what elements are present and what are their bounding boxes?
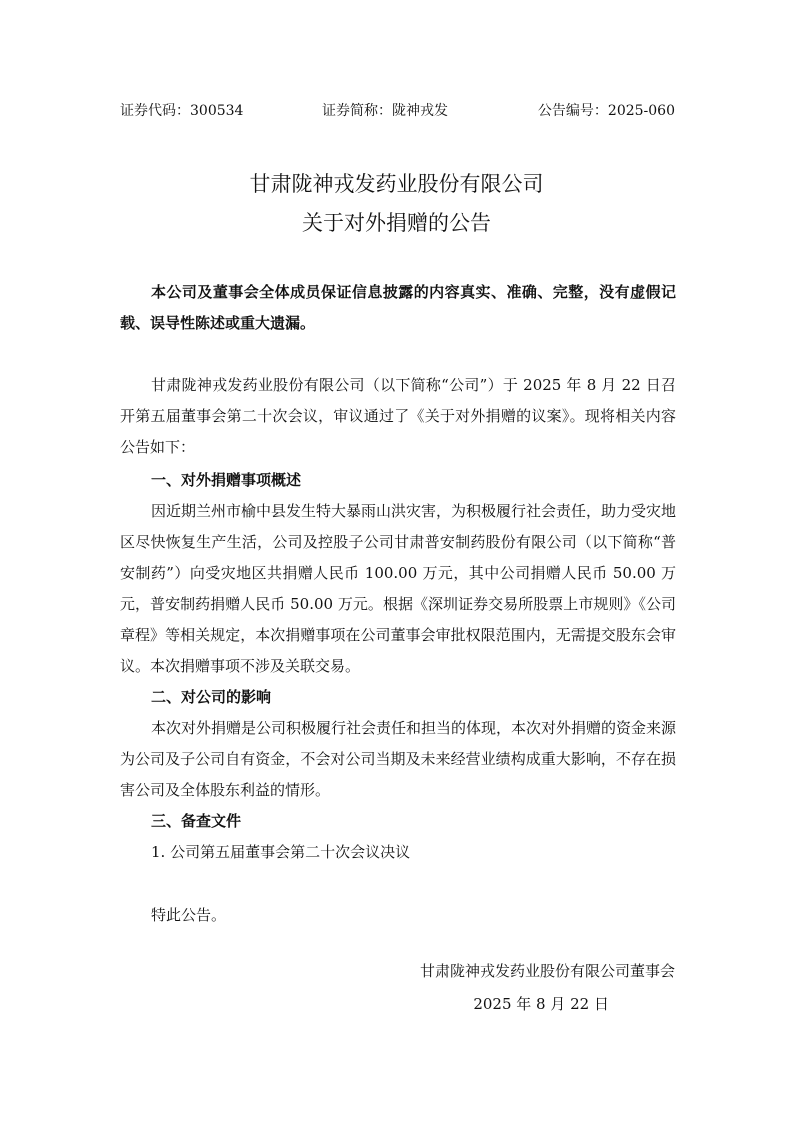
intro-paragraph: 甘肃陇神戎发药业股份有限公司（以下简称“公司”）于 2025 年 8 月 22 … [120,370,676,463]
section-heading-overview: 一、对外捐赠事项概述 [151,465,301,496]
document-header: 证券代码：300534 证券简称：陇神戎发 公告编号：2025-060 [120,100,675,124]
signature-date: 2025 年 8 月 22 日 [473,993,609,1014]
section-heading-impact: 二、对公司的影响 [151,682,271,713]
announcement-title: 关于对外捐赠的公告 [0,207,793,237]
board-statement: 本公司及董事会全体成员保证信息披露的内容真实、准确、完整，没有虚假记载、误导性陈… [120,277,676,339]
section-body-impact: 本次对外捐赠是公司积极履行社会责任和担当的体现，本次对外捐赠的资金来源为公司及子… [120,713,676,806]
document-list-item: 1. 公司第五届董事会第二十次会议决议 [151,837,410,868]
stock-code: 证券代码：300534 [120,100,243,120]
company-title: 甘肃陇神戎发药业股份有限公司 [0,168,793,198]
section-heading-documents: 三、备查文件 [151,806,241,837]
signature-company: 甘肃陇神戎发药业股份有限公司董事会 [420,960,675,981]
stock-abbreviation: 证券简称：陇神戎发 [322,100,448,120]
closing-text: 特此公告。 [151,900,226,931]
announcement-number: 公告编号：2025-060 [538,100,675,120]
section-body-overview: 因近期兰州市榆中县发生特大暴雨山洪灾害，为积极履行社会责任，助力受灾地区尽快恢复… [120,496,676,682]
